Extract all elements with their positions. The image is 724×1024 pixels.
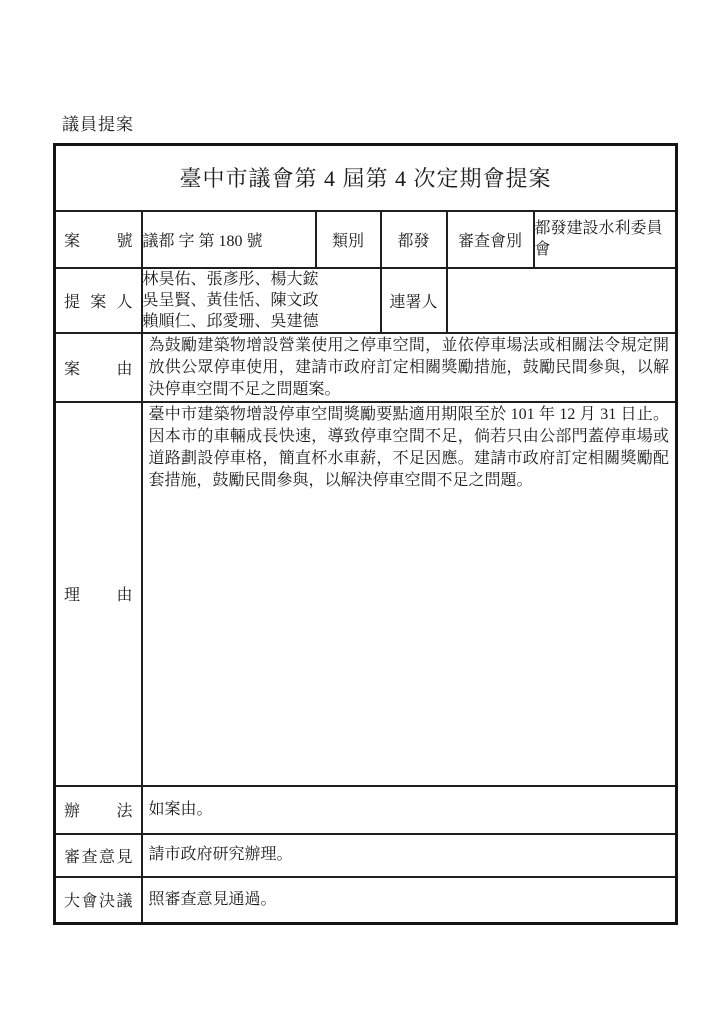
- resolution-value-cell: 照審查意見通過。: [142, 877, 677, 924]
- review-committee-value: 都發建設水利委員會: [534, 211, 677, 268]
- review-opinion-row: 審查意見 請市政府研究辦理。: [55, 834, 677, 877]
- category-value: 都發: [381, 211, 447, 268]
- review-opinion-text: 請市政府研究辦理。: [143, 844, 676, 866]
- title-row: 臺中市議會第 4 屆第 4 次定期會提案: [55, 145, 677, 211]
- reason-label-cell: 理由: [55, 402, 142, 786]
- subject-text: 為鼓勵建築物增設營業使用之停車空間，並依停車場法或相關法令規定開放供公眾停車使用…: [143, 334, 676, 401]
- cosigner-value: [447, 268, 677, 333]
- proposer-names: 林昊佑、張彥彤、楊大鋐 吳呈賢、黃佳恬、陳文政 賴順仁、邱愛珊、吳建德: [142, 268, 381, 333]
- category-label: 類別: [316, 211, 381, 268]
- reason-value-cell: 臺中市建築物增設停車空間獎勵要點適用期限至於 101 年 12 月 31 日止。…: [142, 402, 677, 786]
- method-value-cell: 如案由。: [142, 786, 677, 834]
- proposer-names-line: 林昊佑、張彥彤、楊大鋐: [143, 269, 380, 290]
- subject-row: 案由 為鼓勵建築物增設營業使用之停車空間，並依停車場法或相關法令規定開放供公眾停…: [55, 333, 677, 402]
- method-text: 如案由。: [143, 799, 676, 821]
- method-label-cell: 辦法: [55, 786, 142, 834]
- resolution-text: 照審查意見通過。: [143, 889, 676, 911]
- method-label: 辦法: [56, 798, 141, 821]
- case-number-label: 案號: [56, 228, 141, 251]
- resolution-label-cell: 大會決議: [55, 877, 142, 924]
- proposal-table: 臺中市議會第 4 屆第 4 次定期會提案 案號 議都 字 第 180 號 類別 …: [53, 143, 678, 925]
- resolution-row: 大會決議 照審查意見通過。: [55, 877, 677, 924]
- review-opinion-label-cell: 審查意見: [55, 834, 142, 877]
- reason-row: 理由 臺中市建築物增設停車空間獎勵要點適用期限至於 101 年 12 月 31 …: [55, 402, 677, 786]
- reason-text: 臺中市建築物增設停車空間獎勵要點適用期限至於 101 年 12 月 31 日止。…: [143, 403, 676, 492]
- method-row: 辦法 如案由。: [55, 786, 677, 834]
- review-opinion-value-cell: 請市政府研究辦理。: [142, 834, 677, 877]
- proposer-names-line: 吳呈賢、黃佳恬、陳文政: [143, 290, 380, 311]
- subject-label: 案由: [56, 356, 141, 379]
- proposer-label: 提案人: [56, 289, 141, 312]
- document-title: 臺中市議會第 4 屆第 4 次定期會提案: [55, 145, 677, 211]
- proposer-names-line: 賴順仁、邱愛珊、吳建德: [143, 311, 380, 332]
- review-committee-label: 審查會別: [447, 211, 534, 268]
- subject-label-cell: 案由: [55, 333, 142, 402]
- document-type-label: 議員提案: [62, 110, 134, 135]
- case-number-label-cell: 案號: [55, 211, 142, 268]
- reason-label: 理由: [56, 582, 141, 605]
- proposer-row: 提案人 林昊佑、張彥彤、楊大鋐 吳呈賢、黃佳恬、陳文政 賴順仁、邱愛珊、吳建德 …: [55, 268, 677, 333]
- cosigner-label: 連署人: [381, 268, 447, 333]
- case-number-row: 案號 議都 字 第 180 號 類別 都發 審查會別 都發建設水利委員會: [55, 211, 677, 268]
- review-opinion-label: 審查意見: [56, 844, 141, 867]
- proposer-label-cell: 提案人: [55, 268, 142, 333]
- subject-value-cell: 為鼓勵建築物增設營業使用之停車空間，並依停車場法或相關法令規定開放供公眾停車使用…: [142, 333, 677, 402]
- case-number-value: 議都 字 第 180 號: [142, 211, 316, 268]
- resolution-label: 大會決議: [56, 888, 141, 911]
